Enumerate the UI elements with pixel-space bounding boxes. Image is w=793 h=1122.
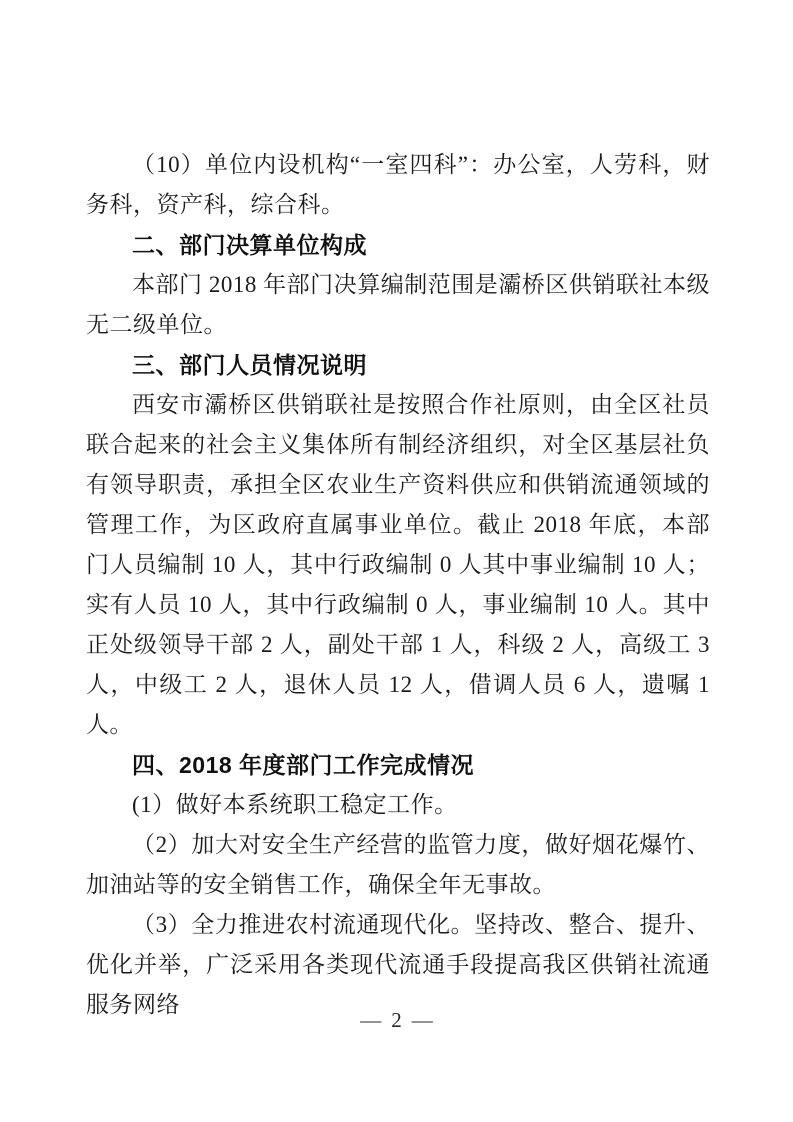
paragraph-work-item-1: (1）做好本系统职工稳定工作。 [86,785,710,825]
section-heading-2: 二、部门决算单位构成 [86,225,710,265]
paragraph-internal-structure: （10）单位内设机构“一室四科”：办公室，人劳科，财务科，资产科，综合科。 [86,145,710,225]
paragraph-personnel: 西安市灞桥区供销联社是按照合作社原则，由全区社员联合起来的社会主义集体所有制经济… [86,385,710,745]
document-body: （10）单位内设机构“一室四科”：办公室，人劳科，财务科，资产科，综合科。 二、… [86,145,710,1025]
paragraph-work-item-2: （2）加大对安全生产经营的监管力度，做好烟花爆竹、加油站等的安全销售工作，确保全… [86,825,710,905]
section-heading-4: 四、2018 年度部门工作完成情况 [86,745,710,785]
section-heading-3: 三、部门人员情况说明 [86,345,710,385]
page-number: 2 [391,1008,402,1032]
footer-right-dash: — [412,1002,433,1038]
document-page: （10）单位内设机构“一室四科”：办公室，人劳科，财务科，资产科，综合科。 二、… [0,0,793,1122]
footer-left-dash: — [360,1002,381,1038]
page-footer: —2— [0,1002,793,1038]
paragraph-budget-scope: 本部门 2018 年部门决算编制范围是灞桥区供销联社本级无二级单位。 [86,265,710,345]
